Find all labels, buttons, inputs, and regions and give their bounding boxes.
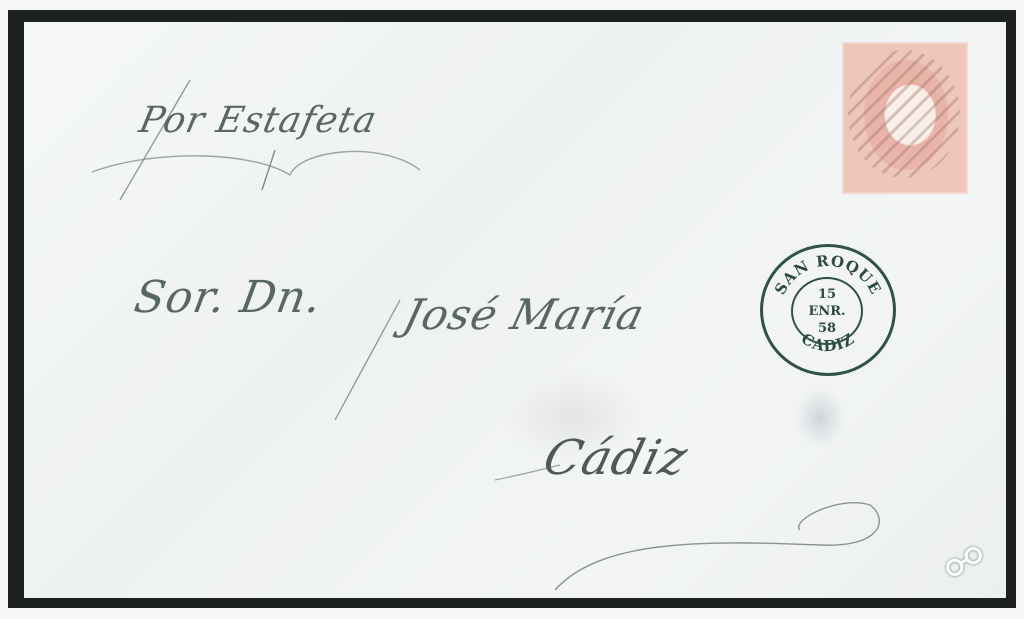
salutation: Sor. Dn. [131, 272, 326, 323]
grid-cancellation-mark [848, 50, 960, 178]
addressee-name: José María [399, 290, 650, 339]
postage-stamp [842, 42, 968, 194]
postmark-day: 15 [818, 286, 836, 303]
postmark-month: ENR. [808, 303, 845, 320]
faint-handstamp-smudge [795, 388, 845, 448]
destination-city: Cádiz [538, 430, 694, 486]
postmark-date: 15 ENR. 58 [791, 277, 863, 345]
postmark: SAN ROQUE CADIZ 15 ENR. 58 [760, 244, 896, 376]
camera-watermark-icon: ☍ [936, 534, 992, 592]
routing-note: Por Estafeta [136, 100, 381, 141]
stamp-legend [852, 174, 958, 188]
postmark-year: 58 [818, 320, 836, 337]
